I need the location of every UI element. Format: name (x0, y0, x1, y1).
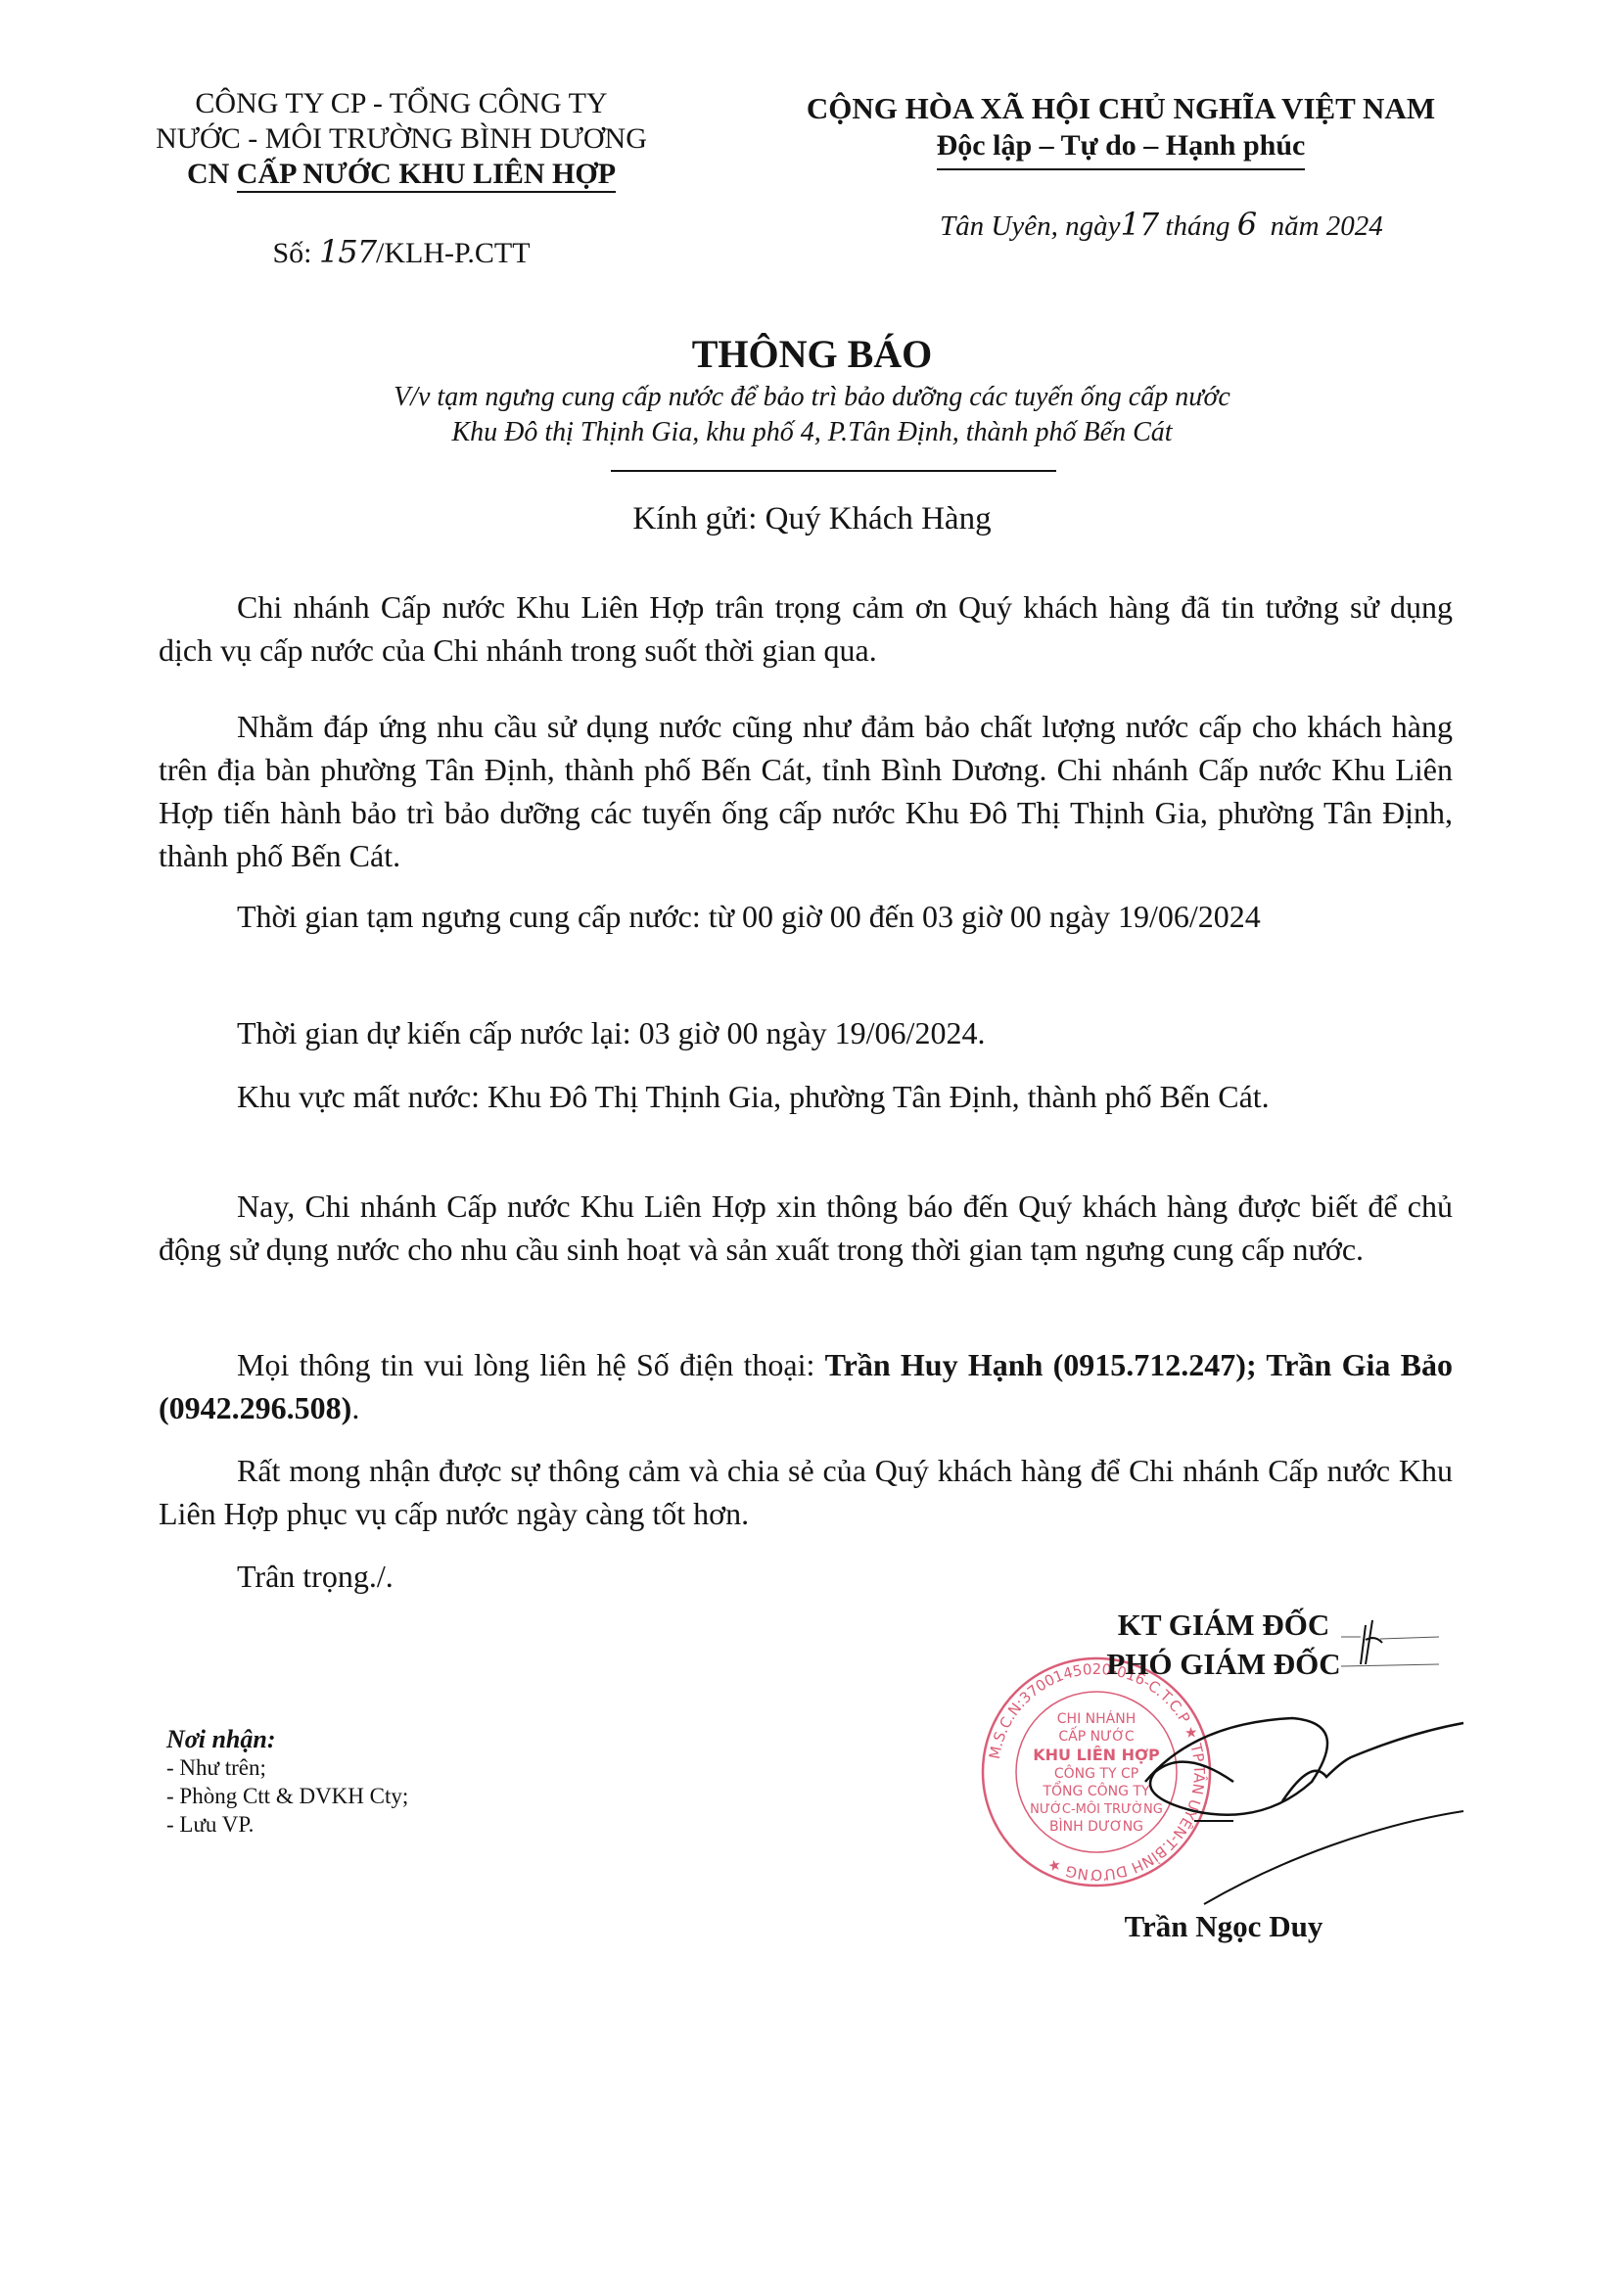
national-header: CỘNG HÒA XÃ HỘI CHỦ NGHĨA VIỆT NAM Độc l… (768, 90, 1473, 170)
document-subject: V/v tạm ngưng cung cấp nước để bảo trì b… (0, 380, 1624, 450)
doc-no-label: Số: (272, 237, 319, 269)
place-date: Tân Uyên, ngày17 tháng 6 năm 2024 (940, 206, 1383, 243)
recipient-item: - Lưu VP. (166, 1810, 408, 1839)
issuer-line-1: CÔNG TY CP - TỔNG CÔNG TY (127, 86, 675, 121)
recipients-label: Nơi nhận: (166, 1725, 408, 1753)
subject-line-2: Khu Đô thị Thịnh Gia, khu phố 4, P.Tân Đ… (0, 415, 1624, 450)
body-paragraph-4: Thời gian dự kiến cấp nước lại: 03 giờ 0… (159, 1011, 1453, 1054)
month-handwritten: 6 (1237, 206, 1256, 243)
handwritten-signature (1116, 1586, 1468, 1938)
contact-suffix: . (351, 1390, 359, 1425)
body-paragraph-3: Thời gian tạm ngưng cung cấp nước: từ 00… (159, 895, 1453, 938)
subject-divider (611, 470, 1056, 472)
paragraph-text: Mọi thông tin vui lòng liên hệ Số điện t… (159, 1343, 1453, 1429)
paragraph-text: Thời gian tạm ngưng cung cấp nước: từ 00… (159, 895, 1453, 938)
nation-title: CỘNG HÒA XÃ HỘI CHỦ NGHĨA VIỆT NAM (768, 90, 1473, 127)
document-title: THÔNG BÁO (0, 331, 1624, 377)
month-label: tháng (1158, 210, 1237, 242)
recipient-item: - Như trên; (166, 1753, 408, 1782)
document-number: Số: 157/KLH-P.CTT (127, 233, 675, 270)
year-text: năm 2024 (1256, 210, 1383, 242)
body-paragraph-8: Rất mong nhận được sự thông cảm và chia … (159, 1449, 1453, 1535)
paragraph-text: Nhằm đáp ứng nhu cầu sử dụng nước cũng n… (159, 705, 1453, 877)
body-paragraph-2: Nhằm đáp ứng nhu cầu sử dụng nước cũng n… (159, 705, 1453, 877)
issuer-block: CÔNG TY CP - TỔNG CÔNG TY NƯỚC - MÔI TRƯ… (127, 86, 675, 192)
doc-no-handwritten: 157 (319, 233, 376, 270)
issuer-line-2: NƯỚC - MÔI TRƯỜNG BÌNH DƯƠNG (127, 121, 675, 157)
paragraph-text: Thời gian dự kiến cấp nước lại: 03 giờ 0… (159, 1011, 1453, 1054)
body-paragraph-7: Mọi thông tin vui lòng liên hệ Số điện t… (159, 1343, 1453, 1429)
subject-line-1: V/v tạm ngưng cung cấp nước để bảo trì b… (0, 380, 1624, 415)
recipient-item: - Phòng Ctt & DVKH Cty; (166, 1782, 408, 1810)
paragraph-text: Nay, Chi nhánh Cấp nước Khu Liên Hợp xin… (159, 1185, 1453, 1271)
day-handwritten: 17 (1120, 206, 1158, 243)
place-prefix: Tân Uyên, ngày (940, 210, 1120, 242)
body-paragraph-6: Nay, Chi nhánh Cấp nước Khu Liên Hợp xin… (159, 1185, 1453, 1271)
signatory-name: Trần Ngọc Duy (1062, 1909, 1385, 1944)
salutation: Kính gửi: Quý Khách Hàng (0, 501, 1624, 537)
paragraph-text: Chi nhánh Cấp nước Khu Liên Hợp trân trọ… (159, 585, 1453, 672)
issuer-branch: CN CẤP NƯỚC KHU LIÊN HỢP (127, 157, 675, 192)
paragraph-text: Khu vực mất nước: Khu Đô Thị Thịnh Gia, … (159, 1075, 1453, 1118)
paragraph-text: Rất mong nhận được sự thông cảm và chia … (159, 1449, 1453, 1535)
branch-prefix: CN (187, 158, 237, 190)
body-paragraph-1: Chi nhánh Cấp nước Khu Liên Hợp trân trọ… (159, 585, 1453, 672)
national-motto: Độc lập – Tự do – Hạnh phúc (937, 127, 1306, 170)
contact-intro: Mọi thông tin vui lòng liên hệ Số điện t… (237, 1347, 825, 1382)
body-paragraph-5: Khu vực mất nước: Khu Đô Thị Thịnh Gia, … (159, 1075, 1453, 1118)
doc-no-suffix: /KLH-P.CTT (376, 237, 531, 269)
branch-name: CẤP NƯỚC KHU LIÊN HỢP (237, 158, 616, 193)
recipients-block: Nơi nhận: - Như trên; - Phòng Ctt & DVKH… (166, 1725, 408, 1839)
